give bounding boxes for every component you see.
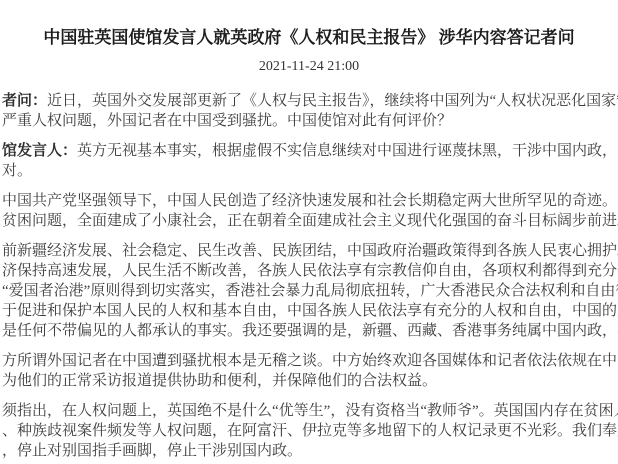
- article-page: 中国驻英国使馆发言人就英政府《人权和民主报告》 涉华内容答记者问 2021-11…: [0, 0, 618, 464]
- line-text: 前新疆经济发展、社会稳定、民生改善、民族团结，中国政府治疆政策得到各族人民衷心拥…: [2, 243, 618, 259]
- text-line: 于促进和保护本国人民的人权和基本自由，中国各族人民依法享有充分的人权和自由，中国…: [2, 301, 618, 321]
- paragraph: 者问：近日，英国外交发展部更新了《人权与民主报告》，继续将中国列为“人权状况恶化…: [2, 91, 618, 131]
- line-text: 是任何不带偏见的人都承认的事实。我还要强调的是，新疆、西藏、香港事务纯属中国内政…: [2, 323, 618, 339]
- line-text: 贫困问题，全面建成了小康社会，正在朝着全面建成社会主义现代化强国的奋斗目标阔步前…: [2, 213, 618, 229]
- line-text: 方所谓外国记者在中国遭到骚扰根本是无稽之谈。中方始终欢迎各国媒体和记者依法依规在…: [2, 353, 618, 369]
- line-text: 英方无视基本事实，根据虚假不实信息继续对中国进行诬蔑抹黑，干涉中国内政，中方对此…: [77, 143, 618, 159]
- line-text: 济保持高速发展，人民生活不断改善，各族人民依法享有宗教信仰自由，各项权利都得到充…: [2, 263, 618, 279]
- line-text: 、种族歧视案件频发等人权问题，在阿富汗、伊拉克等多地留下的人权记录更不光彩。我们…: [2, 423, 618, 439]
- speaker-label: 者问：: [2, 93, 47, 109]
- publish-date: 2021-11-24 21:00: [0, 58, 618, 76]
- text-line: 方所谓外国记者在中国遭到骚扰根本是无稽之谈。中方始终欢迎各国媒体和记者依法依规在…: [2, 351, 618, 371]
- text-line: 严重人权问题，外国记者在中国受到骚扰。中国使馆对此有何评价？: [2, 111, 618, 131]
- paragraph: 方所谓外国记者在中国遭到骚扰根本是无稽之谈。中方始终欢迎各国媒体和记者依法依规在…: [2, 351, 618, 391]
- speaker-label: 馆发言人：: [2, 143, 77, 159]
- line-text: 于促进和保护本国人民的人权和基本自由，中国各族人民依法享有充分的人权和自由，中国…: [2, 303, 618, 319]
- text-line: 对。: [2, 161, 618, 181]
- text-line: 是任何不带偏见的人都承认的事实。我还要强调的是，新疆、西藏、香港事务纯属中国内政…: [2, 321, 618, 341]
- page-title: 中国驻英国使馆发言人就英政府《人权和民主报告》 涉华内容答记者问: [0, 0, 618, 49]
- line-text: 为他们的正常采访报道提供协助和便利，并保障他们的合法权益。: [2, 373, 437, 389]
- line-text: 中国共产党坚强领导下，中国人民创造了经济快速发展和社会长期稳定两大世所罕见的奇迹…: [2, 193, 618, 209]
- line-text: 须指出，在人权问题上，英国绝不是什么“优等生”，没有资格当“教师爷”。英国国内存…: [2, 403, 618, 419]
- paragraph: 前新疆经济发展、社会稳定、民生改善、民族团结，中国政府治疆政策得到各族人民衷心拥…: [2, 241, 618, 341]
- paragraph: 须指出，在人权问题上，英国绝不是什么“优等生”，没有资格当“教师爷”。英国国内存…: [2, 401, 618, 461]
- text-line: “爱国者治港”原则得到切实落实，香港社会暴力乱局彻底扭转，广大香港民众合法权利和…: [2, 281, 618, 301]
- text-line: 贫困问题，全面建成了小康社会，正在朝着全面建成社会主义现代化强国的奋斗目标阔步前…: [2, 211, 618, 231]
- line-text: 近日，英国外交发展部更新了《人权与民主报告》，继续将中国列为“人权状况恶化国家”…: [47, 93, 618, 109]
- text-line: 、种族歧视案件频发等人权问题，在阿富汗、伊拉克等多地留下的人权记录更不光彩。我们…: [2, 421, 618, 441]
- text-line: ，停止对别国指手画脚，停止干涉别国内政。: [2, 441, 618, 461]
- line-text: 严重人权问题，外国记者在中国受到骚扰。中国使馆对此有何评价？: [2, 113, 452, 129]
- text-line: 馆发言人：英方无视基本事实，根据虚假不实信息继续对中国进行诬蔑抹黑，干涉中国内政…: [2, 141, 618, 161]
- article-body: 者问：近日，英国外交发展部更新了《人权与民主报告》，继续将中国列为“人权状况恶化…: [0, 91, 618, 461]
- text-line: 须指出，在人权问题上，英国绝不是什么“优等生”，没有资格当“教师爷”。英国国内存…: [2, 401, 618, 421]
- text-line: 者问：近日，英国外交发展部更新了《人权与民主报告》，继续将中国列为“人权状况恶化…: [2, 91, 618, 111]
- text-line: 为他们的正常采访报道提供协助和便利，并保障他们的合法权益。: [2, 371, 618, 391]
- line-text: ，停止对别国指手画脚，停止干涉别国内政。: [2, 443, 302, 459]
- paragraph: 馆发言人：英方无视基本事实，根据虚假不实信息继续对中国进行诬蔑抹黑，干涉中国内政…: [2, 141, 618, 181]
- line-text: 对。: [2, 163, 32, 179]
- text-line: 前新疆经济发展、社会稳定、民生改善、民族团结，中国政府治疆政策得到各族人民衷心拥…: [2, 241, 618, 261]
- line-text: “爱国者治港”原则得到切实落实，香港社会暴力乱局彻底扭转，广大香港民众合法权利和…: [2, 283, 618, 299]
- text-line: 中国共产党坚强领导下，中国人民创造了经济快速发展和社会长期稳定两大世所罕见的奇迹…: [2, 191, 618, 211]
- paragraph: 中国共产党坚强领导下，中国人民创造了经济快速发展和社会长期稳定两大世所罕见的奇迹…: [2, 191, 618, 231]
- text-line: 济保持高速发展，人民生活不断改善，各族人民依法享有宗教信仰自由，各项权利都得到充…: [2, 261, 618, 281]
